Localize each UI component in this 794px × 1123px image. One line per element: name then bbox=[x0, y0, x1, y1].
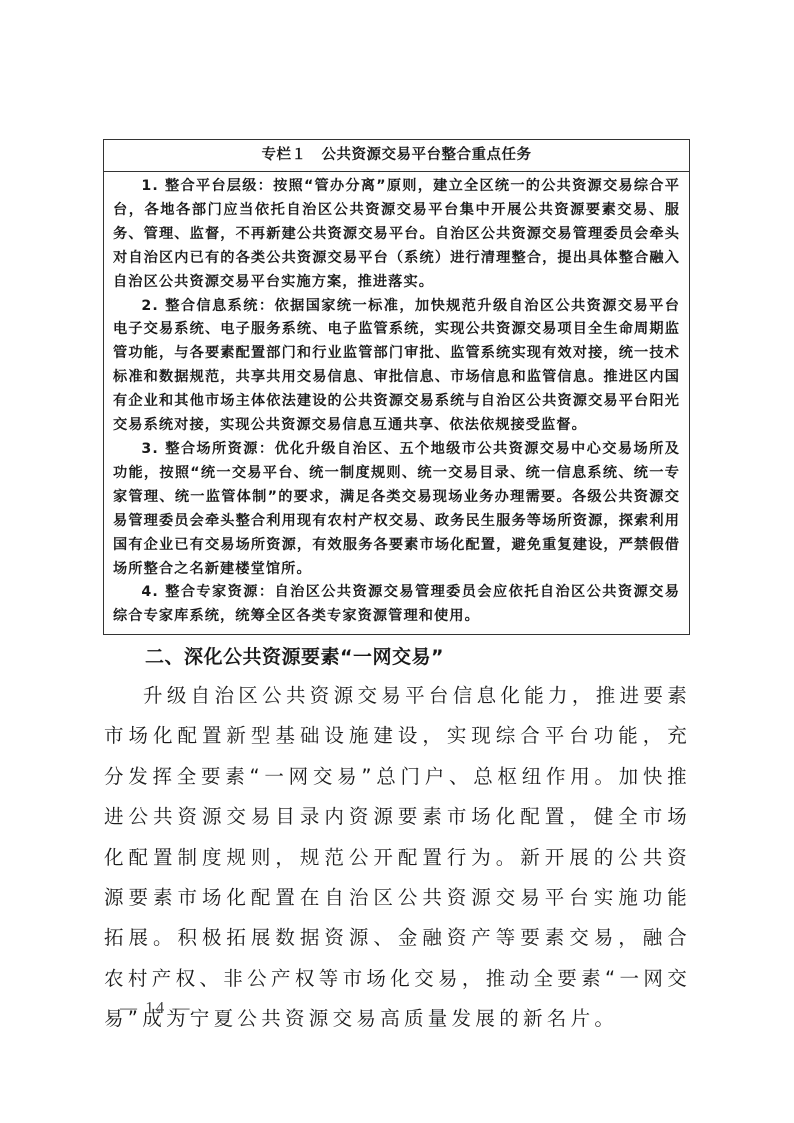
task-item-expert-resources: 4. 整合专家资源：自治区公共资源交易管理委员会应依托自治区公共资源交易综合专家… bbox=[113, 581, 680, 629]
task-item-information-system: 2. 整合信息系统：依据国家统一标准，加快规范升级自治区公共资源交易平台电子交易… bbox=[113, 295, 680, 438]
section-heading: 二、深化公共资源要素“一网交易” bbox=[145, 642, 444, 672]
column-box-title: 专栏１ 公共资源交易平台整合重点任务 bbox=[104, 140, 689, 172]
task-item-venue-resources: 3. 整合场所资源：优化升级自治区、五个地级市公共资源交易中心交易场所及功能，按… bbox=[113, 438, 680, 581]
task-item-platform-level: 1. 整合平台层级：按照“管办分离”原则，建立全区统一的公共资源交易综合平台，各… bbox=[113, 175, 680, 295]
page-number: — 14 — bbox=[120, 998, 192, 1018]
column-box-body: 1. 整合平台层级：按照“管办分离”原则，建立全区统一的公共资源交易综合平台，各… bbox=[104, 172, 689, 629]
section-paragraph: 升级自治区公共资源交易平台信息化能力，推进要素市场化配置新型基础设施建设，实现综… bbox=[104, 676, 691, 1040]
column-box: 专栏１ 公共资源交易平台整合重点任务 1. 整合平台层级：按照“管办分离”原则，… bbox=[103, 139, 690, 635]
